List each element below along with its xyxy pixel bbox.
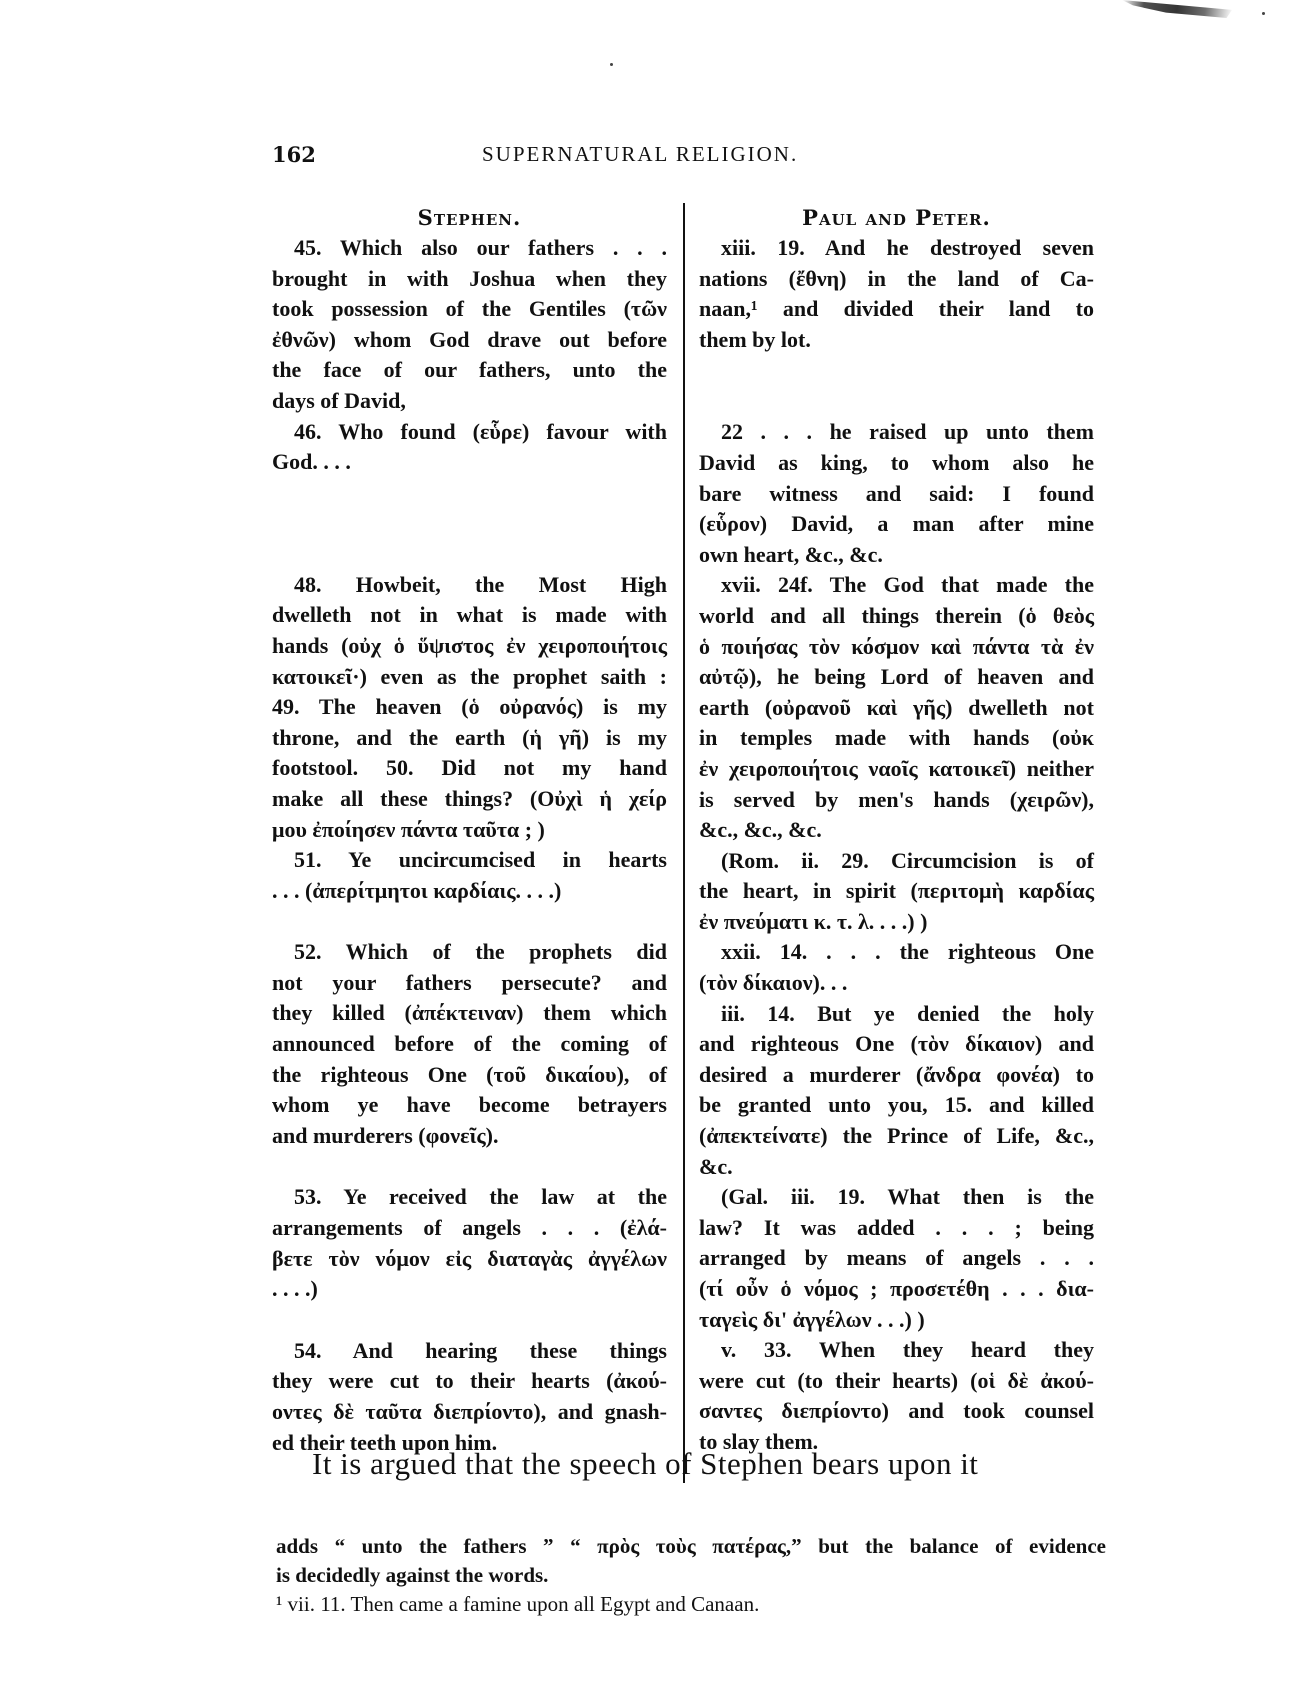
text-line: make all these things? (Οὐχὶ ἡ χείρ bbox=[272, 784, 667, 815]
scan-speck bbox=[610, 63, 613, 66]
text-line: οντες δὲ ταῦτα διεπρίοντο), and gnash- bbox=[272, 1397, 667, 1428]
text-line: ταγεὶς δι' ἀγγέλων . . .) ) bbox=[699, 1305, 1094, 1336]
footnote-area: adds “ unto the fathers ” “ πρὸς τοὺς πα… bbox=[276, 1532, 1106, 1619]
text-line: 53. Ye received the law at the bbox=[272, 1182, 667, 1213]
text-line: days of David, bbox=[272, 386, 667, 417]
text-line: (τὸν δίκαιον). . . bbox=[699, 968, 1094, 999]
text-line: &c. bbox=[699, 1152, 1094, 1183]
text-line: 22 . . . he raised up unto them bbox=[699, 417, 1094, 448]
text-line: 49. The heaven (ὁ οὐρανός) is my bbox=[272, 692, 667, 723]
text-line: (Rom. ii. 29. Circumcision is of bbox=[699, 846, 1094, 877]
text-line: nations (ἔθνη) in the land of Ca- bbox=[699, 264, 1094, 295]
text-line: not your fathers persecute? and bbox=[272, 968, 667, 999]
text-line: God. . . . bbox=[272, 447, 667, 478]
text-line: in temples made with hands (οὐκ bbox=[699, 723, 1094, 754]
text-line: brought in with Joshua when they bbox=[272, 264, 667, 295]
text-line: 46. Who found (εὗρε) favour with bbox=[272, 417, 667, 448]
text-line: and righteous One (τὸν δίκαιον) and bbox=[699, 1029, 1094, 1060]
running-title: SUPERNATURAL RELIGION. bbox=[482, 142, 798, 167]
column-paul-and-peter: Paul and Peter. xiii. 19. And he destroy… bbox=[699, 203, 1094, 1458]
text-line: 52. Which of the prophets did bbox=[272, 937, 667, 968]
text-line: 48. Howbeit, the Most High bbox=[272, 570, 667, 601]
text-line: own heart, &c., &c. bbox=[699, 540, 1094, 571]
text-line: David as king, to whom also he bbox=[699, 448, 1094, 479]
text-line: bare witness and said: I found bbox=[699, 479, 1094, 510]
text-line: ἐθνῶν) whom God drave out before bbox=[272, 325, 667, 356]
text-line: 45. Which also our fathers . . . bbox=[272, 233, 667, 264]
text-line: xvii. 24f. The God that made the bbox=[699, 570, 1094, 601]
text-line: xxii. 14. . . . the righteous One bbox=[699, 937, 1094, 968]
text-line: . . . (ἀπερίτμητοι καρδίαις. . . .) bbox=[272, 876, 667, 907]
footnote-continuation-line: is decidedly against the words. bbox=[276, 1561, 1106, 1590]
column-heading-stephen: Stephen. bbox=[272, 203, 667, 233]
text-line: dwelleth not in what is made with bbox=[272, 600, 667, 631]
text-line: &c., &c., &c. bbox=[699, 815, 1094, 846]
scan-artifact bbox=[1122, 0, 1232, 18]
text-line: 51. Ye uncircumcised in hearts bbox=[272, 845, 667, 876]
page-number: 162 bbox=[272, 142, 316, 167]
text-line: (τί οὖν ὁ νόμος ; προσετέθη . . . δια- bbox=[699, 1274, 1094, 1305]
text-line: the heart, in spirit (περιτομὴ καρδίας bbox=[699, 876, 1094, 907]
text-line: whom ye have become betrayers bbox=[272, 1090, 667, 1121]
column-body-paul-and-peter: xiii. 19. And he destroyed sevennations … bbox=[699, 233, 1094, 1458]
text-line: iii. 14. But ye denied the holy bbox=[699, 999, 1094, 1030]
text-line: the face of our fathers, unto the bbox=[272, 355, 667, 386]
scan-speck bbox=[1262, 12, 1265, 15]
text-line: footstool. 50. Did not my hand bbox=[272, 753, 667, 784]
text-line: αὐτῷ), he being Lord of heaven and bbox=[699, 662, 1094, 693]
text-line: the righteous One (τοῦ δικαίου), of bbox=[272, 1060, 667, 1091]
text-line: world and all things therein (ὁ θεὸς bbox=[699, 601, 1094, 632]
column-body-stephen: 45. Which also our fathers . . .brought … bbox=[272, 233, 667, 1458]
text-line: they were cut to their hearts (ἀκού- bbox=[272, 1366, 667, 1397]
text-line: κατοικεῖ·) even as the prophet saith : bbox=[272, 662, 667, 693]
text-line: hands (οὐχ ὁ ὕψιστος ἐν χειροποιήτοις bbox=[272, 631, 667, 662]
text-line: arrangements of angels . . . (ἐλά- bbox=[272, 1213, 667, 1244]
text-line: took possession of the Gentiles (τῶν bbox=[272, 294, 667, 325]
body-paragraph: It is argued that the speech of Stephen … bbox=[312, 1446, 978, 1482]
text-line: (ἀπεκτείνατε) the Prince of Life, &c., bbox=[699, 1121, 1094, 1152]
text-line: βετε τὸν νόμον εἰς διαταγὰς ἀγγέλων bbox=[272, 1244, 667, 1275]
text-line: throne, and the earth (ἡ γῆ) is my bbox=[272, 723, 667, 754]
text-line: were cut (to their hearts) (οἱ δὲ ἀκού- bbox=[699, 1366, 1094, 1397]
text-line: desired a murderer (ἄνδρα φονέα) to bbox=[699, 1060, 1094, 1091]
text-line: (Gal. iii. 19. What then is the bbox=[699, 1182, 1094, 1213]
text-line: announced before of the coming of bbox=[272, 1029, 667, 1060]
text-line: naan,¹ and divided their land to bbox=[699, 294, 1094, 325]
text-line: and murderers (φονεῖς). bbox=[272, 1121, 667, 1152]
text-line: arranged by means of angels . . . bbox=[699, 1243, 1094, 1274]
text-line: earth (οὐρανοῦ καὶ γῆς) dwelleth not bbox=[699, 693, 1094, 724]
text-line: v. 33. When they heard they bbox=[699, 1335, 1094, 1366]
text-line: them by lot. bbox=[699, 325, 1094, 356]
text-line: be granted unto you, 15. and killed bbox=[699, 1090, 1094, 1121]
text-line: they killed (ἀπέκτειναν) them which bbox=[272, 998, 667, 1029]
text-line: (εὗρον) David, a man after mine bbox=[699, 509, 1094, 540]
text-line: ἐν πνεύματι κ. τ. λ. . . .) ) bbox=[699, 907, 1094, 938]
text-line: xiii. 19. And he destroyed seven bbox=[699, 233, 1094, 264]
text-line: ἐν χειροποιήτοις ναοῖς κατοικεῖ) neither bbox=[699, 754, 1094, 785]
text-line: . . . .) bbox=[272, 1274, 667, 1305]
column-heading-paul-and-peter: Paul and Peter. bbox=[699, 203, 1094, 233]
text-line: σαντες διεπρίοντο) and took counsel bbox=[699, 1396, 1094, 1427]
column-stephen: Stephen. 45. Which also our fathers . . … bbox=[272, 203, 667, 1458]
footnote-continuation-line: adds “ unto the fathers ” “ πρὸς τοὺς πα… bbox=[276, 1532, 1106, 1561]
text-line: law? It was added . . . ; being bbox=[699, 1213, 1094, 1244]
text-line: is served by men's hands (χειρῶν), bbox=[699, 785, 1094, 816]
text-line: μου ἐποίησεν πάντα ταῦτα ; ) bbox=[272, 815, 667, 846]
column-divider bbox=[683, 203, 685, 1483]
text-line: ὁ ποιήσας τὸν κόσμον καὶ πάντα τὰ ἐν bbox=[699, 632, 1094, 663]
running-head: 162 SUPERNATURAL RELIGION. bbox=[272, 142, 872, 172]
footnote: ¹ vii. 11. Then came a famine upon all E… bbox=[276, 1590, 1106, 1619]
text-line: 54. And hearing these things bbox=[272, 1336, 667, 1367]
